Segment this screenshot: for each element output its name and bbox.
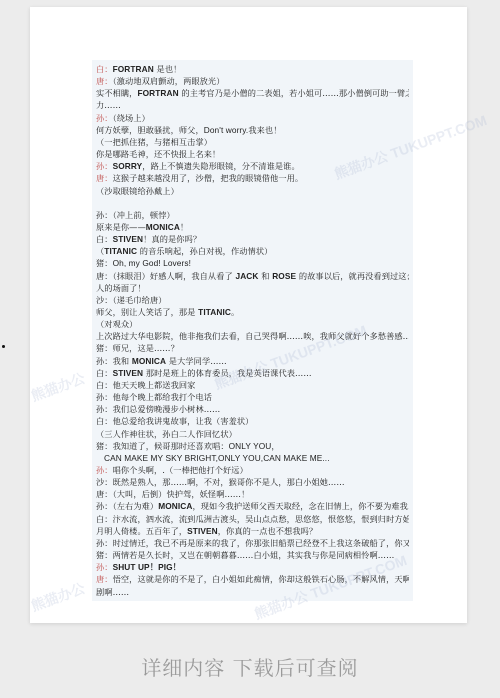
script-line: （对观众） [96, 318, 409, 330]
line-text: 两情若是久长时，又岂在朝朝暮暮……白小姐，其实我与你是同病相怜啊…… [113, 550, 395, 560]
line-text: ，路上不慎遗失隐形眼镜，分不清谁是谁。 [142, 161, 299, 171]
script-line: 唐：这猴子越来越没用了，沙僧，把我的眼镜借他一用。 [96, 172, 409, 184]
script-line: 孙：我们总爱傍晚漫步小树林…… [96, 403, 409, 415]
script-line: 孙：SORRY，路上不慎遗失隐形眼镜，分不清谁是谁。 [96, 160, 409, 172]
line-text: ！ [180, 222, 188, 232]
speaker-label: 白： [96, 368, 113, 378]
line-text: FORTRAN [137, 88, 178, 98]
script-line: CAN MAKE MY SKY BRIGHT,ONLY YOU,CAN MAKE… [96, 452, 409, 464]
line-text: 他天天晚上都送我回家 [113, 380, 196, 390]
line-text: 唱你个头啊，.（一棒把他打个好远） [113, 465, 248, 475]
speaker-label: 孙： [96, 465, 113, 475]
speaker-label: 唐： [96, 173, 113, 183]
script-line: 月明人倚楼。五百年了，STIVEN，你真的一点也不想我吗？ [96, 525, 409, 537]
line-text: 月明人倚楼。五百年了， [96, 526, 187, 536]
line-text: SHUT UP！PIG！ [113, 562, 182, 572]
speaker-label: 沙： [96, 477, 113, 487]
line-text: 和 [259, 271, 273, 281]
line-text: （冲上前，顿悖） [113, 210, 175, 220]
watermark: 熊猫办公 [28, 368, 87, 406]
script-line: 实不相瞒，FORTRAN 的主考官乃是小僧的二表姐，若小姐可……那小僧倒可助一臂… [96, 87, 409, 99]
line-text: ROSE [272, 271, 296, 281]
speaker-label: 孙： [96, 501, 113, 511]
line-text: ！真的是你吗？ [143, 234, 201, 244]
speaker-label: 唐： [96, 574, 113, 584]
line-text: 的故事以后，就再没看到过这么感 [296, 271, 409, 281]
line-text: 我知道了，候哥那时还喜欢唱： [113, 441, 229, 451]
speaker-label: 猪： [96, 258, 113, 268]
speaker-label: 孙： [96, 356, 113, 366]
line-text: （抹眼泪）好感人啊，我自从看了 [113, 271, 236, 281]
line-text: （递毛巾给唐） [113, 295, 167, 305]
script-line: 沙：既然是熟人，那……啊，不对，猴哥你不是人，那白小姐她…… [96, 476, 409, 488]
line-text: 他每个晚上都给我打个电话 [113, 392, 212, 402]
speaker-label: 孙： [96, 562, 113, 572]
line-text: JACK [236, 271, 259, 281]
script-line: （TITANIC 的音乐响起，孙白对视，作动情状） [96, 245, 409, 257]
script-line: 上次路过大华电影院，他非拖我们去看，自己哭得啊……唉，我师父就好个多愁善感…… [96, 330, 409, 342]
script-line: 唐：悟空，这就是你的不是了，白小姐如此痴情，你却这般铁石心肠，不解风情，天啊，悲 [96, 573, 409, 585]
line-text: 何方妖孽，胆敢骚扰，师父， [96, 125, 204, 135]
line-text: （左右为难） [113, 501, 159, 511]
line-text: TITANIC [198, 307, 231, 317]
speaker-label: 唐： [96, 271, 113, 281]
line-text: STIVEN [113, 368, 144, 378]
script-line: 师父，别让人笑话了，那是 TITANIC。 [96, 306, 409, 318]
script-line: 剧啊…… [96, 586, 409, 598]
line-text: 悟空，这就是你的不是了，白小姐如此痴情，你却这般铁石心肠，不解风情，天啊，悲 [113, 574, 409, 584]
document-page: 白：FORTRAN 是也！唐：（激动地双肩颤动，两眼放光）实不相瞒，FORTRA… [30, 7, 467, 623]
line-text: （绕场上） [113, 113, 150, 123]
line-text: 实不相瞒， [96, 88, 137, 98]
script-line: 唐：（抹眼泪）好感人啊，我自从看了 JACK 和 ROSE 的故事以后，就再没看… [96, 270, 409, 282]
speaker-label: 孙： [96, 404, 113, 414]
line-text: SORRY [113, 161, 143, 171]
speaker-label: 白： [96, 64, 113, 74]
script-line: 唐：（激动地双肩颤动，两眼放光） [96, 75, 409, 87]
line-text: 我们总爱傍晚漫步小树林…… [113, 404, 221, 414]
script-line: 白：他总爱给我讲鬼故事，让我（害羞状） [96, 415, 409, 427]
speaker-label: 沙： [96, 295, 113, 305]
line-text: Don't worry. [204, 125, 249, 135]
line-text: 我来也！ [248, 125, 281, 135]
script-line: 孙：他每个晚上都给我打个电话 [96, 391, 409, 403]
line-text: 那时是班上的体育委员，我是英语课代表…… [143, 368, 311, 378]
script-line: 白：汴水流，泗水流，流到瓜洲古渡头，吴山点点愁，思悠悠，恨悠悠，恨到归时方始休， [96, 513, 409, 525]
script-line: 白：FORTRAN 是也！ [96, 63, 409, 75]
line-text: （激动地双肩颤动，两眼放光） [113, 76, 225, 86]
line-text: 人的场面了！ [96, 283, 146, 293]
line-text: （一把抓住猪，与猪相互击掌） [96, 137, 212, 147]
line-text: CAN MAKE MY SKY BRIGHT,ONLY YOU,CAN MAKE… [104, 453, 330, 463]
script-line: 沙：（递毛巾给唐） [96, 294, 409, 306]
line-text: （三人作神往状，孙白二人作回忆状） [96, 429, 237, 439]
line-text: ，你真的一点也不想我吗？ [218, 526, 317, 536]
line-text: 的音乐响起，孙白对视，作动情状） [137, 246, 272, 256]
speaker-label: 白： [96, 380, 113, 390]
script-line: 孙：时过情迁，我已不再是原来的我了，你那张旧船票已经登不上我这条破船了，你又何必… [96, 537, 409, 549]
script-line: 你是哪路毛神，还不快报上名来！ [96, 148, 409, 160]
line-text: MONICA [132, 356, 166, 366]
line-text: FORTRAN [113, 64, 154, 74]
bullet-marker [2, 345, 5, 348]
speaker-label: 孙： [96, 210, 113, 220]
line-text: 这猴子越来越没用了，沙僧，把我的眼镜借他一用。 [113, 173, 304, 183]
line-text: 。 [231, 307, 239, 317]
speaker-label: 孙： [96, 113, 113, 123]
line-text: 既然是熟人，那……啊，不对，猴哥你不是人，那白小姐她…… [113, 477, 345, 487]
script-line: 人的场面了！ [96, 282, 409, 294]
line-text: STIVEN [113, 234, 144, 244]
line-text: 上次路过大华电影院，他非拖我们去看，自己哭得啊……唉，我师父就好个多愁善感…… [96, 331, 409, 341]
script-line: 孙：（左右为难）MONICA，现如今我护送师父西天取经，念在旧情上，你不要为难我… [96, 500, 409, 512]
script-line: 何方妖孽，胆敢骚扰，师父，Don't worry.我来也！ [96, 124, 409, 136]
line-text: ONLY YOU [229, 441, 272, 451]
download-prompt[interactable]: 详细内容 下载后可查阅 [0, 652, 500, 681]
line-text: 时过情迁，我已不再是原来的我了，你那张旧船票已经登不上我这条破船了，你又何必…… [113, 538, 409, 548]
script-line: 孙：（绕场上） [96, 112, 409, 124]
speaker-label: 孙： [96, 161, 113, 171]
line-text: （对观众） [96, 319, 137, 329]
line-text: 你是哪路毛神，还不快报上名来！ [96, 149, 220, 159]
line-text: TITANIC [104, 246, 137, 256]
script-line: 孙：（冲上前，顿悖） [96, 209, 409, 221]
line-text: （沙取眼镜给孙戴上） [96, 186, 179, 196]
line-text: 他总爱给我讲鬼故事，让我（害羞状） [113, 416, 254, 426]
line-text: MONICA [158, 501, 192, 511]
watermark: 熊猫办公 [28, 578, 87, 616]
speaker-label: 猪： [96, 343, 113, 353]
line-text: 是大学同学…… [166, 356, 227, 366]
speaker-label: 孙： [96, 538, 113, 548]
speaker-label: 白： [96, 234, 113, 244]
script-line: 猪：师兄，这是……？ [96, 342, 409, 354]
line-text: （大叫，后倒）快护驾，妖怪啊……！ [113, 489, 250, 499]
script-line: （一把抓住猪，与猪相互击掌） [96, 136, 409, 148]
script-line: 猪：Oh, my God! Lovers! [96, 257, 409, 269]
speaker-label: 唐： [96, 489, 113, 499]
line-text: 师父，别让人笑话了，那是 [96, 307, 198, 317]
speaker-label: 猪： [96, 441, 113, 451]
line-text: 的主考官乃是小僧的二表姐，若小姐可……那小僧倒可助一臂之 [179, 88, 409, 98]
script-line: （沙取眼镜给孙戴上） [96, 185, 409, 197]
line-text: MONICA [146, 222, 180, 232]
script-line: （三人作神往状，孙白二人作回忆状） [96, 428, 409, 440]
script-line: 白：STIVEN 那时是班上的体育委员，我是英语课代表…… [96, 367, 409, 379]
line-text: ，现如今我护送师父西天取经，念在旧情上，你不要为难我…… [192, 501, 409, 511]
line-text: Oh, my God! Lovers! [113, 258, 191, 268]
script-line: 白：STIVEN！真的是你吗？ [96, 233, 409, 245]
line-text: 是也！ [154, 64, 182, 74]
script-line: 力…… [96, 99, 409, 111]
script-line: 原来是你——MONICA！ [96, 221, 409, 233]
line-text: 师兄，这是……？ [113, 343, 179, 353]
script-line: 白：他天天晚上都送我回家 [96, 379, 409, 391]
script-line: 猪：我知道了，候哥那时还喜欢唱：ONLY YOU， [96, 440, 409, 452]
speaker-label: 唐： [96, 76, 113, 86]
script-content: 白：FORTRAN 是也！唐：（激动地双肩颤动，两眼放光）实不相瞒，FORTRA… [92, 60, 413, 601]
line-text: 力…… [96, 100, 121, 110]
line-text: ， [271, 441, 279, 451]
line-text: 汴水流，泗水流，流到瓜洲古渡头，吴山点点愁，思悠悠，恨悠悠，恨到归时方始休， [113, 514, 409, 524]
script-line: 孙：唱你个头啊，.（一棒把他打个好远） [96, 464, 409, 476]
script-line: 唐：（大叫，后倒）快护驾，妖怪啊……！ [96, 488, 409, 500]
speaker-label: 猪： [96, 550, 113, 560]
line-text: 我和 [113, 356, 132, 366]
blank-line [96, 197, 409, 209]
line-text: 剧啊…… [96, 587, 129, 597]
script-line: 孙：SHUT UP！PIG！ [96, 561, 409, 573]
line-text: 原来是你—— [96, 222, 146, 232]
script-line: 猪：两情若是久长时，又岂在朝朝暮暮……白小姐，其实我与你是同病相怜啊…… [96, 549, 409, 561]
script-line: 孙：我和 MONICA 是大学同学…… [96, 355, 409, 367]
speaker-label: 白： [96, 514, 113, 524]
speaker-label: 孙： [96, 392, 113, 402]
line-text: STIVEN [187, 526, 218, 536]
speaker-label: 白： [96, 416, 113, 426]
